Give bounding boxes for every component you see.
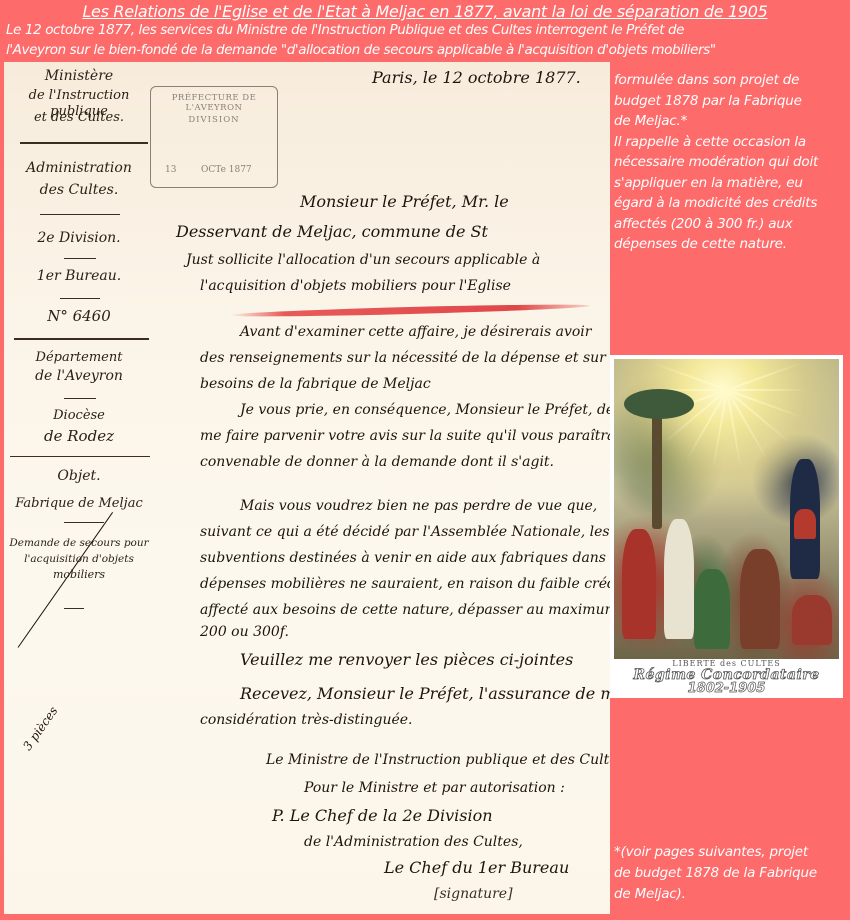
stamp-line-1: PRÉFECTURE DE L'AVEYRON	[151, 93, 277, 113]
side-line: Il rappelle à cette occasion la	[614, 132, 818, 153]
red-underline	[230, 302, 590, 318]
body-line: suivant ce qui a été décidé par l'Assemb…	[200, 524, 610, 540]
diagonal-note: 3 pièces	[20, 704, 60, 753]
body-line: subventions destinées à venir en aide au…	[200, 550, 610, 566]
side-line: dépenses de cette nature.	[614, 234, 818, 255]
signature-line: P. Le Chef de la 2e Division	[272, 806, 493, 825]
footnote-line: de budget 1878 de la Fabrique	[614, 863, 817, 884]
margin-fabrique: Fabrique de Meljac	[4, 496, 154, 512]
divider	[40, 214, 120, 215]
body-line: Recevez, Monsieur le Préfet, l'assurance…	[240, 684, 610, 703]
margin-bureau: 1er Bureau.	[4, 268, 154, 284]
margin-ministry-1: Ministère	[4, 68, 154, 84]
side-line: de Meljac.*	[614, 111, 818, 132]
divider	[60, 298, 100, 299]
divider	[20, 142, 148, 144]
stamp-line-2: DIVISION	[151, 115, 277, 125]
signature-line: de l'Administration des Cultes,	[304, 834, 523, 850]
handwritten-signature: [signature]	[434, 886, 513, 902]
body-line: Veuillez me renvoyer les pièces ci-joint…	[240, 650, 573, 669]
body-line: Mais vous voudrez bien ne pas perdre de …	[240, 498, 597, 514]
margin-demande-3: mobiliers	[4, 568, 154, 582]
side-line: affectés (200 à 300 fr.) aux	[614, 214, 818, 235]
prefecture-stamp: PRÉFECTURE DE L'AVEYRON DIVISION 13 OCTe…	[150, 86, 278, 188]
letter-date: Paris, le 12 octobre 1877.	[372, 68, 581, 87]
figure-icon	[664, 519, 694, 639]
intro-line-1: Le 12 octobre 1877, les services du Mini…	[6, 22, 684, 38]
signature-line: Pour le Ministre et par autorisation :	[304, 780, 565, 796]
illustration-art	[614, 359, 839, 659]
footnote: *(voir pages suivantes, projet de budget…	[614, 842, 817, 905]
body-line: dépenses mobilières ne sauraient, en rai…	[200, 576, 610, 592]
page-title: Les Relations de l'Eglise et de l'Etat à…	[0, 2, 850, 21]
body-line: 200 ou 300f.	[200, 624, 289, 640]
intro-line-2: l'Aveyron sur le bien-fondé de la demand…	[6, 42, 716, 58]
margin-diocese-1: Diocèse	[4, 408, 154, 424]
figure-icon	[794, 509, 816, 539]
body-line: Je vous prie, en conséquence, Monsieur l…	[240, 402, 610, 418]
footnote-line: de Meljac).	[614, 884, 817, 905]
body-line: Avant d'examiner cette affaire, je désir…	[240, 324, 591, 340]
side-line: s'appliquer en la matière, eu	[614, 173, 818, 194]
body-line: Desservant de Meljac, commune de St	[176, 222, 488, 241]
figure-icon	[740, 549, 780, 649]
illustration-caption-years: 1802-1905	[610, 681, 843, 696]
margin-demande-1: Demande de secours pour	[4, 536, 154, 550]
margin-division: 2e Division.	[4, 230, 154, 246]
body-line: convenable de donner à la demande dont i…	[200, 454, 554, 470]
stamp-day: 13	[165, 165, 176, 175]
body-line: Just sollicite l'allocation d'un secours…	[186, 252, 540, 268]
body-line: l'acquisition d'objets mobiliers pour l'…	[200, 278, 511, 294]
margin-departement-1: Département	[4, 350, 154, 366]
body-line: me faire parvenir votre avis sur la suit…	[200, 428, 610, 444]
side-line: égard à la modicité des crédits	[614, 193, 818, 214]
figure-icon	[792, 595, 832, 645]
side-line: budget 1878 par la Fabrique	[614, 91, 818, 112]
divider	[64, 398, 96, 399]
side-line: formulée dans son projet de	[614, 70, 818, 91]
side-line: nécessaire modération qui doit	[614, 152, 818, 173]
palm-leaves-icon	[624, 389, 694, 419]
margin-ministry-3: et des Cultes.	[4, 110, 154, 126]
divider	[14, 338, 149, 340]
side-text: formulée dans son projet de budget 1878 …	[614, 70, 818, 255]
margin-administration-2: des Cultes.	[4, 182, 154, 198]
body-line: affecté aux besoins de cette nature, dép…	[200, 602, 610, 618]
divider	[64, 258, 96, 259]
letter-document: Ministère de l'Instruction publique et d…	[4, 62, 610, 914]
figure-icon	[694, 569, 730, 649]
divider	[64, 522, 104, 523]
body-line: considération très-distinguée.	[200, 712, 413, 728]
figure-icon	[622, 529, 656, 639]
concordat-illustration: LIBERTÉ des CULTES Régime Concordataire …	[610, 355, 843, 698]
stamp-date: OCTe 1877	[201, 165, 252, 175]
divider	[10, 456, 150, 457]
margin-number: N° 6460	[4, 308, 154, 324]
footnote-line: *(voir pages suivantes, projet	[614, 842, 817, 863]
signature-line: Le Ministre de l'Instruction publique et…	[266, 752, 610, 768]
divider	[64, 608, 84, 609]
signature-line: Le Chef du 1er Bureau	[384, 858, 569, 877]
body-line: des renseignements sur la nécessité de l…	[200, 350, 610, 366]
body-line: Monsieur le Préfet, Mr. le	[300, 192, 509, 211]
margin-diocese-2: de Rodez	[4, 428, 154, 444]
margin-administration-1: Administration	[4, 160, 154, 176]
body-line: besoins de la fabrique de Meljac	[200, 376, 431, 392]
margin-objet-label: Objet.	[4, 468, 154, 484]
margin-departement-2: de l'Aveyron	[4, 368, 154, 384]
